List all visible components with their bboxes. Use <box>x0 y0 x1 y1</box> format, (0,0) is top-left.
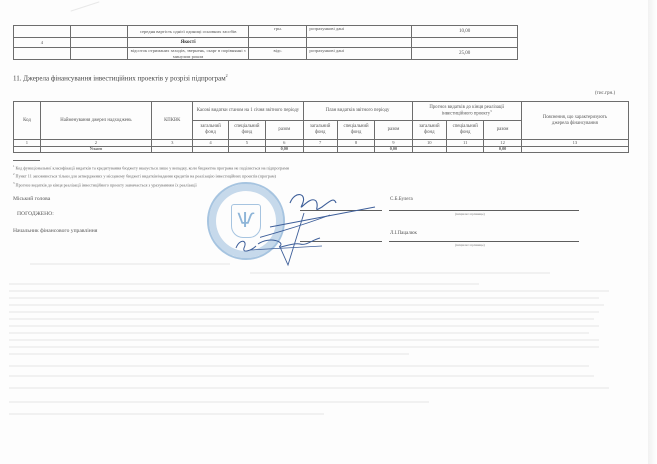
col-num: 4 <box>193 140 228 147</box>
total-col9: 0,00 <box>375 147 412 153</box>
cell-empty <box>412 147 446 153</box>
document-page: середня вартість однієї одиниці основних… <box>0 0 649 464</box>
bleed-through <box>9 283 479 285</box>
signature-icon <box>230 228 330 268</box>
cell-empty <box>152 147 193 153</box>
header-forecast-text: Прогноз видатків до кінця реалізації інв… <box>429 105 504 117</box>
footnote-text: Код функціональної класифікації видатків… <box>16 165 289 170</box>
finance-head-name: Л.І.Пацалюк <box>390 231 417 236</box>
subheader-special-fund: спеціальний фонд <box>446 121 483 140</box>
cell-kpkvk <box>70 48 127 60</box>
subheader-special-fund: спеціальний фонд <box>228 121 265 140</box>
footnote-ref: 3 <box>490 109 492 113</box>
header-cash-expenses: Касові видатки станом на 1 січня звітног… <box>193 102 303 121</box>
section-title: 11. Джерела фінансування інвестиційних п… <box>13 73 228 82</box>
mayor-label: Міський голова <box>13 196 50 202</box>
total-col12: 0,00 <box>484 147 521 153</box>
header-plan-expenses: План видатків звітного періоду <box>303 102 412 121</box>
col-num: 7 <box>303 140 337 147</box>
bleed-through <box>9 387 609 389</box>
subheader-general-fund: загальний фонд <box>193 121 228 140</box>
header-kpkvk: КПКВК <box>152 102 193 140</box>
cell-code: 4 <box>14 38 71 48</box>
page-edge <box>648 0 657 464</box>
header-code: Код <box>14 102 41 140</box>
cell-empty <box>14 147 41 153</box>
mayor-name-line <box>389 210 579 211</box>
mayor-name: С.Б.Булега <box>390 197 413 202</box>
cell-source: розрахункові дані <box>307 48 412 60</box>
col-num: 10 <box>412 140 446 147</box>
total-row: Усього 0,00 0,00 0,00 <box>14 147 629 153</box>
bleed-through <box>9 346 599 348</box>
footnote-marker: 2 <box>13 172 15 176</box>
cell-kpkvk <box>70 38 127 48</box>
cell-value <box>412 38 518 48</box>
header-forecast-expenses: Прогноз видатків до кінця реалізації інв… <box>412 102 521 121</box>
cell-value: 25,00 <box>412 48 518 60</box>
footnote-marker: 3 <box>13 181 15 185</box>
bleed-through <box>9 297 599 299</box>
bleed-through <box>9 339 599 341</box>
footnote-marker: 1 <box>13 164 15 168</box>
bleed-through <box>9 413 324 415</box>
table-row: відсоток отриманих заходів, звернень, ск… <box>14 48 518 60</box>
column-numbers-row: 1 2 3 4 5 6 7 8 9 10 11 12 13 <box>14 140 629 147</box>
cell-empty <box>303 147 337 153</box>
section-title-text: 11. Джерела фінансування інвестиційних п… <box>13 74 226 82</box>
bleed-through <box>9 290 609 292</box>
bleed-through <box>9 365 589 367</box>
cell-empty <box>521 147 628 153</box>
bleed-through <box>9 375 594 377</box>
bleed-through <box>9 311 599 313</box>
cell-source <box>307 38 412 48</box>
subheader-total: разом <box>375 121 412 140</box>
col-num: 5 <box>228 140 265 147</box>
header-name: Найменування джерел надходжень <box>40 102 151 140</box>
cell-empty <box>193 147 228 153</box>
footnote-text: Прогноз видатків до кінця реалізації інв… <box>16 182 197 187</box>
cell-indicator: відсоток отриманих заходів, звернень, ск… <box>127 48 249 60</box>
cell-code <box>14 48 71 60</box>
cell-unit: грн. <box>249 26 307 38</box>
cell-code <box>14 26 71 38</box>
cell-indicator: середня вартість однієї одиниці основних… <box>127 26 249 38</box>
cell-source: розрахункові дані <box>307 26 412 38</box>
bleed-through <box>9 325 599 327</box>
performance-indicators-table: середня вартість однієї одиниці основних… <box>13 25 518 60</box>
subheader-general-fund: загальний фонд <box>303 121 337 140</box>
total-col6: 0,00 <box>266 147 303 153</box>
bleed-through <box>250 272 550 274</box>
cell-value: 10,00 <box>412 26 518 38</box>
subheader-total: разом <box>484 121 521 140</box>
cell-unit: відс. <box>249 48 307 60</box>
col-num: 13 <box>521 140 628 147</box>
subheader-total: разом <box>266 121 303 140</box>
col-num: 8 <box>337 140 374 147</box>
footnote-text: Пункт 11 заповнюється тільки для затверд… <box>16 174 276 179</box>
financing-sources-table: Код Найменування джерел надходжень КПКВК… <box>13 101 629 153</box>
finance-name-caption: (ініціали і прізвище) <box>455 243 485 247</box>
cell-kpkvk <box>70 26 127 38</box>
bleed-through <box>9 353 409 355</box>
footnote-divider <box>13 160 40 161</box>
cell-empty <box>337 147 374 153</box>
footnote-1: 1 Код функціональної класифікації видатк… <box>13 163 289 171</box>
table-row-heading: 4 Якості <box>14 38 518 48</box>
header-row: Код Найменування джерел надходжень КПКВК… <box>14 102 629 121</box>
agreed-label: ПОГОДЖЕНО: <box>17 211 54 217</box>
cell-indicator-heading: Якості <box>127 38 249 48</box>
footnote-ref: 2 <box>226 73 228 78</box>
table-row: середня вартість однієї одиниці основних… <box>14 26 518 38</box>
col-num: 11 <box>446 140 483 147</box>
finance-head-label: Начальник фінансового управління <box>13 228 97 234</box>
bleed-through <box>9 318 594 320</box>
units-label: (тис.грн.) <box>595 91 615 96</box>
mayor-name-caption: (ініціали і прізвище) <box>455 212 485 216</box>
scan-artifact <box>71 1 100 11</box>
header-explanation: Пояснення, що характеризують джерела фін… <box>521 102 628 140</box>
footnote-2: 2 Пункт 11 заповнюється тільки для затве… <box>13 171 289 179</box>
bleed-through <box>9 332 589 334</box>
total-label: Усього <box>40 147 151 153</box>
col-num: 1 <box>14 140 41 147</box>
col-num: 3 <box>152 140 193 147</box>
finance-name-line <box>389 241 579 242</box>
subheader-general-fund: загальний фонд <box>412 121 446 140</box>
cell-unit <box>249 38 307 48</box>
subheader-special-fund: спеціальний фонд <box>337 121 374 140</box>
bleed-through <box>30 263 230 265</box>
bleed-through <box>9 401 429 403</box>
bleed-through <box>9 304 604 306</box>
cell-empty <box>446 147 483 153</box>
cell-empty <box>228 147 265 153</box>
